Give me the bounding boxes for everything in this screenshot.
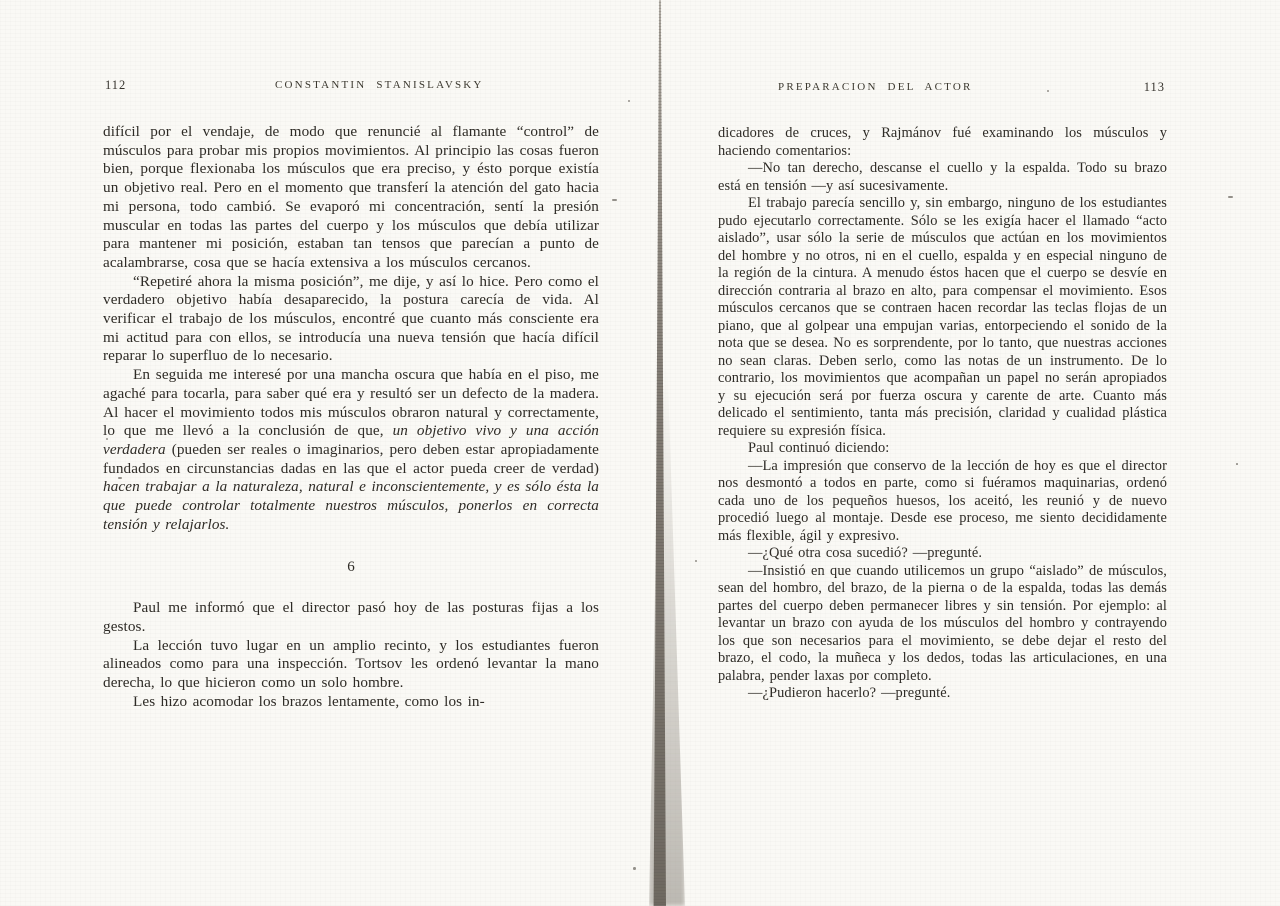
left-page-text: difícil por el vendaje, de modo que renu… (103, 123, 599, 711)
left-page: 112 CONSTANTIN STANISLAVSKY difícil por … (103, 78, 599, 711)
right-page-header: PREPARACION DEL ACTOR 113 (718, 80, 1167, 98)
paragraph: El trabajo parecía sencillo y, sin embar… (718, 195, 1167, 440)
paragraph-vendaje: difícil por el vendaje, de modo que renu… (103, 123, 599, 273)
dust-speck (633, 867, 636, 870)
paragraph: dicadores de cruces, y Rajmánov fué exam… (718, 125, 1167, 160)
paragraph-dialog: —La impresión que conservo de la lección… (718, 458, 1167, 546)
left-page-header: 112 CONSTANTIN STANISLAVSKY (103, 78, 599, 96)
paragraph-dialog: —¿Pudieron hacerlo? —pregunté. (718, 685, 1167, 703)
paragraph-brazos: Les hizo acomodar los brazos lentamente,… (103, 693, 599, 712)
paragraph: Paul continuó diciendo: (718, 440, 1167, 458)
dust-speck (1236, 463, 1238, 465)
paragraph-dialog: —Insistió en que cuando utilicemos un gr… (718, 563, 1167, 686)
dust-speck (612, 199, 617, 201)
section-number: 6 (103, 558, 599, 577)
paragraph-dialog: —¿Qué otra cosa sucedió? —pregunté. (718, 545, 1167, 563)
dust-speck (1047, 90, 1049, 92)
paragraph-repetire: “Repetiré ahora la misma posición”, me d… (103, 273, 599, 367)
dust-speck (118, 477, 122, 479)
paragraph-dialog: —No tan derecho, descanse el cuello y la… (718, 160, 1167, 195)
right-page-text: dicadores de cruces, y Rajmánov fué exam… (718, 125, 1167, 703)
right-running-head: PREPARACION DEL ACTOR (778, 81, 973, 93)
dust-speck (1228, 196, 1233, 198)
binding-haze (649, 370, 685, 906)
paragraph-leccion: La lección tuvo lugar en un amplio recin… (103, 637, 599, 693)
book-scan: 112 CONSTANTIN STANISLAVSKY difícil por … (0, 0, 1280, 906)
left-running-head: CONSTANTIN STANISLAVSKY (275, 79, 484, 91)
dust-speck (695, 560, 697, 562)
right-page: PREPARACION DEL ACTOR 113 dicadores de c… (718, 80, 1167, 703)
left-page-number: 112 (105, 78, 126, 93)
paragraph-mancha: En seguida me interesé por una mancha os… (103, 366, 599, 534)
right-page-number: 113 (1144, 80, 1165, 95)
dust-speck (106, 438, 108, 440)
text-segment-italic: hacen trabajar a la naturaleza, natural … (103, 478, 599, 532)
text-segment: (pueden ser reales o imaginarios, pero d… (103, 441, 599, 477)
paragraph-paul: Paul me informó que el director pasó hoy… (103, 599, 599, 636)
dust-speck (628, 100, 630, 102)
